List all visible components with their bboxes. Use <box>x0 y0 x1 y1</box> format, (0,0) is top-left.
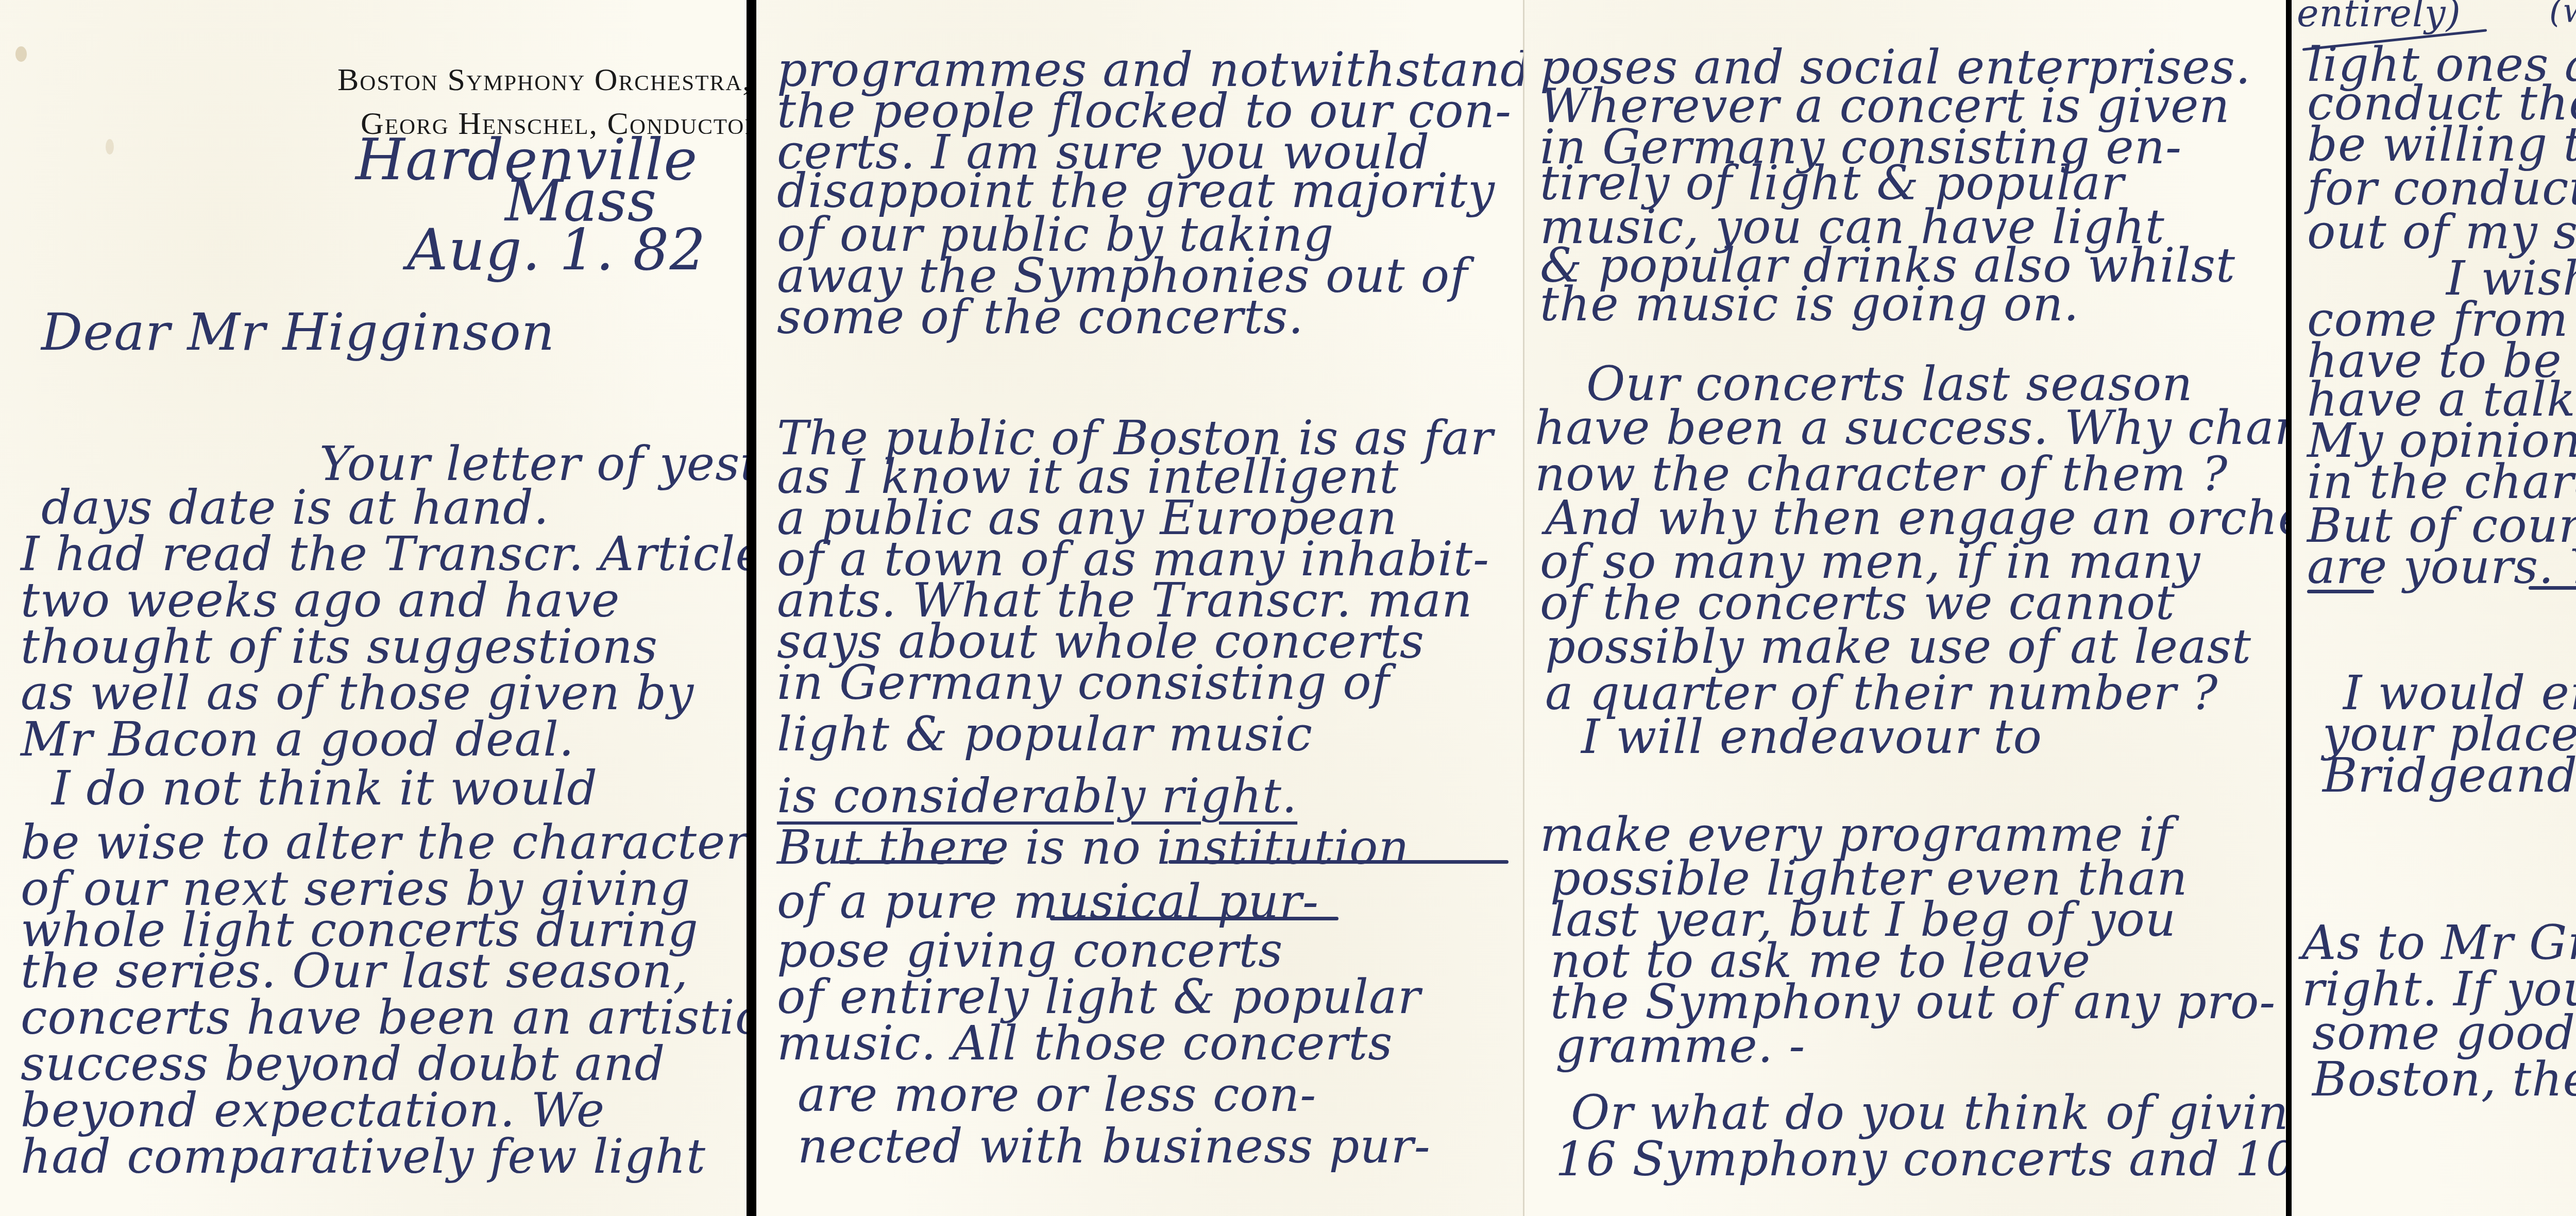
page-divider <box>747 0 756 1216</box>
underline-stroke <box>1168 860 1509 864</box>
page-divider <box>2286 0 2292 1216</box>
text-line: As to Mr Grethen: You are <box>2302 919 2576 967</box>
text-line: I do not think it would <box>52 765 598 812</box>
text-line-underlined: is considerably right. <box>777 773 1297 820</box>
text-line: two weeks ago and have <box>21 577 620 624</box>
text-line: pose giving concerts <box>777 927 1283 974</box>
salutation: Dear Mr Higginson <box>41 306 555 358</box>
text-line: the music is going on. <box>1540 281 2079 328</box>
text-line: But there is no institution <box>777 824 1410 871</box>
text-line: I had read the Transcr. Article <box>21 530 747 578</box>
text-line: some of the concerts. <box>777 294 1304 341</box>
paper-stain <box>106 139 114 155</box>
text-line: had comparatively few light <box>21 1133 706 1180</box>
text-line: as well as of those given by <box>21 670 694 717</box>
underline-stroke <box>839 860 998 864</box>
text-line: Boston, the better and <box>2312 1056 2576 1103</box>
text-line: some good violins in <box>2312 1009 2576 1057</box>
text-line: success beyond doubt and <box>21 1040 665 1088</box>
text-line: 16 Symphony concerts and 10 <box>1555 1136 2286 1183</box>
letterhead-orchestra: Boston Symphony Orchestra, <box>337 62 747 98</box>
text-line: the series. Our last season, <box>21 948 688 995</box>
text-line: are yours. You have to decide. <box>2307 543 2576 591</box>
paper-stain <box>15 46 27 62</box>
letter-page-1: Boston Symphony Orchestra, Georg Hensche… <box>0 0 747 1216</box>
underline-stroke <box>1050 917 1338 920</box>
margin-note: (with Waltzes etc) <box>2549 0 2576 28</box>
text-line: out of my salary. - - - <box>2307 209 2576 256</box>
text-line: of entirely light & popular <box>777 973 1421 1021</box>
text-line: are more or less con- <box>798 1071 1316 1119</box>
text-line: Mr Bacon a good deal. <box>21 716 574 763</box>
letter-page-2: programmes and notwithstanding the peopl… <box>756 0 1523 1216</box>
text-line: Bridgeand done with. <box>2323 752 2576 799</box>
text-line: concerts have been an artistic <box>21 994 747 1041</box>
letter-page-3: poses and social enterprises. Wherever a… <box>1524 0 2286 1216</box>
letter-page-4: entirely) (with Waltzes etc) light ones … <box>2292 0 2576 1216</box>
text-line: nected with business pur- <box>798 1123 1431 1170</box>
margin-note: entirely) <box>2297 0 2461 32</box>
text-line: be wise to alter the character <box>21 819 747 866</box>
text-line: possibly make use of at least <box>1545 623 2251 671</box>
text-line: thought of its suggestions <box>21 623 658 671</box>
separator-stroke <box>2307 590 2374 593</box>
text-line: music. All those concerts <box>777 1020 1393 1067</box>
text-line: days date is at hand. <box>41 484 549 532</box>
text-line: gramme. - <box>1555 1022 1805 1070</box>
text-line: in Germany consisting of <box>777 659 1390 707</box>
date: Aug. 1. 82 <box>407 221 706 278</box>
text-line: Or what do you think of giving <box>1571 1089 2286 1137</box>
text-line: light & popular music <box>777 711 1313 758</box>
text-line: have been a success. Why change <box>1535 404 2286 452</box>
text-line: beyond expectation. We <box>21 1087 605 1134</box>
separator-stroke <box>2529 586 2576 590</box>
text-line: I will endeavour to <box>1581 713 2042 761</box>
